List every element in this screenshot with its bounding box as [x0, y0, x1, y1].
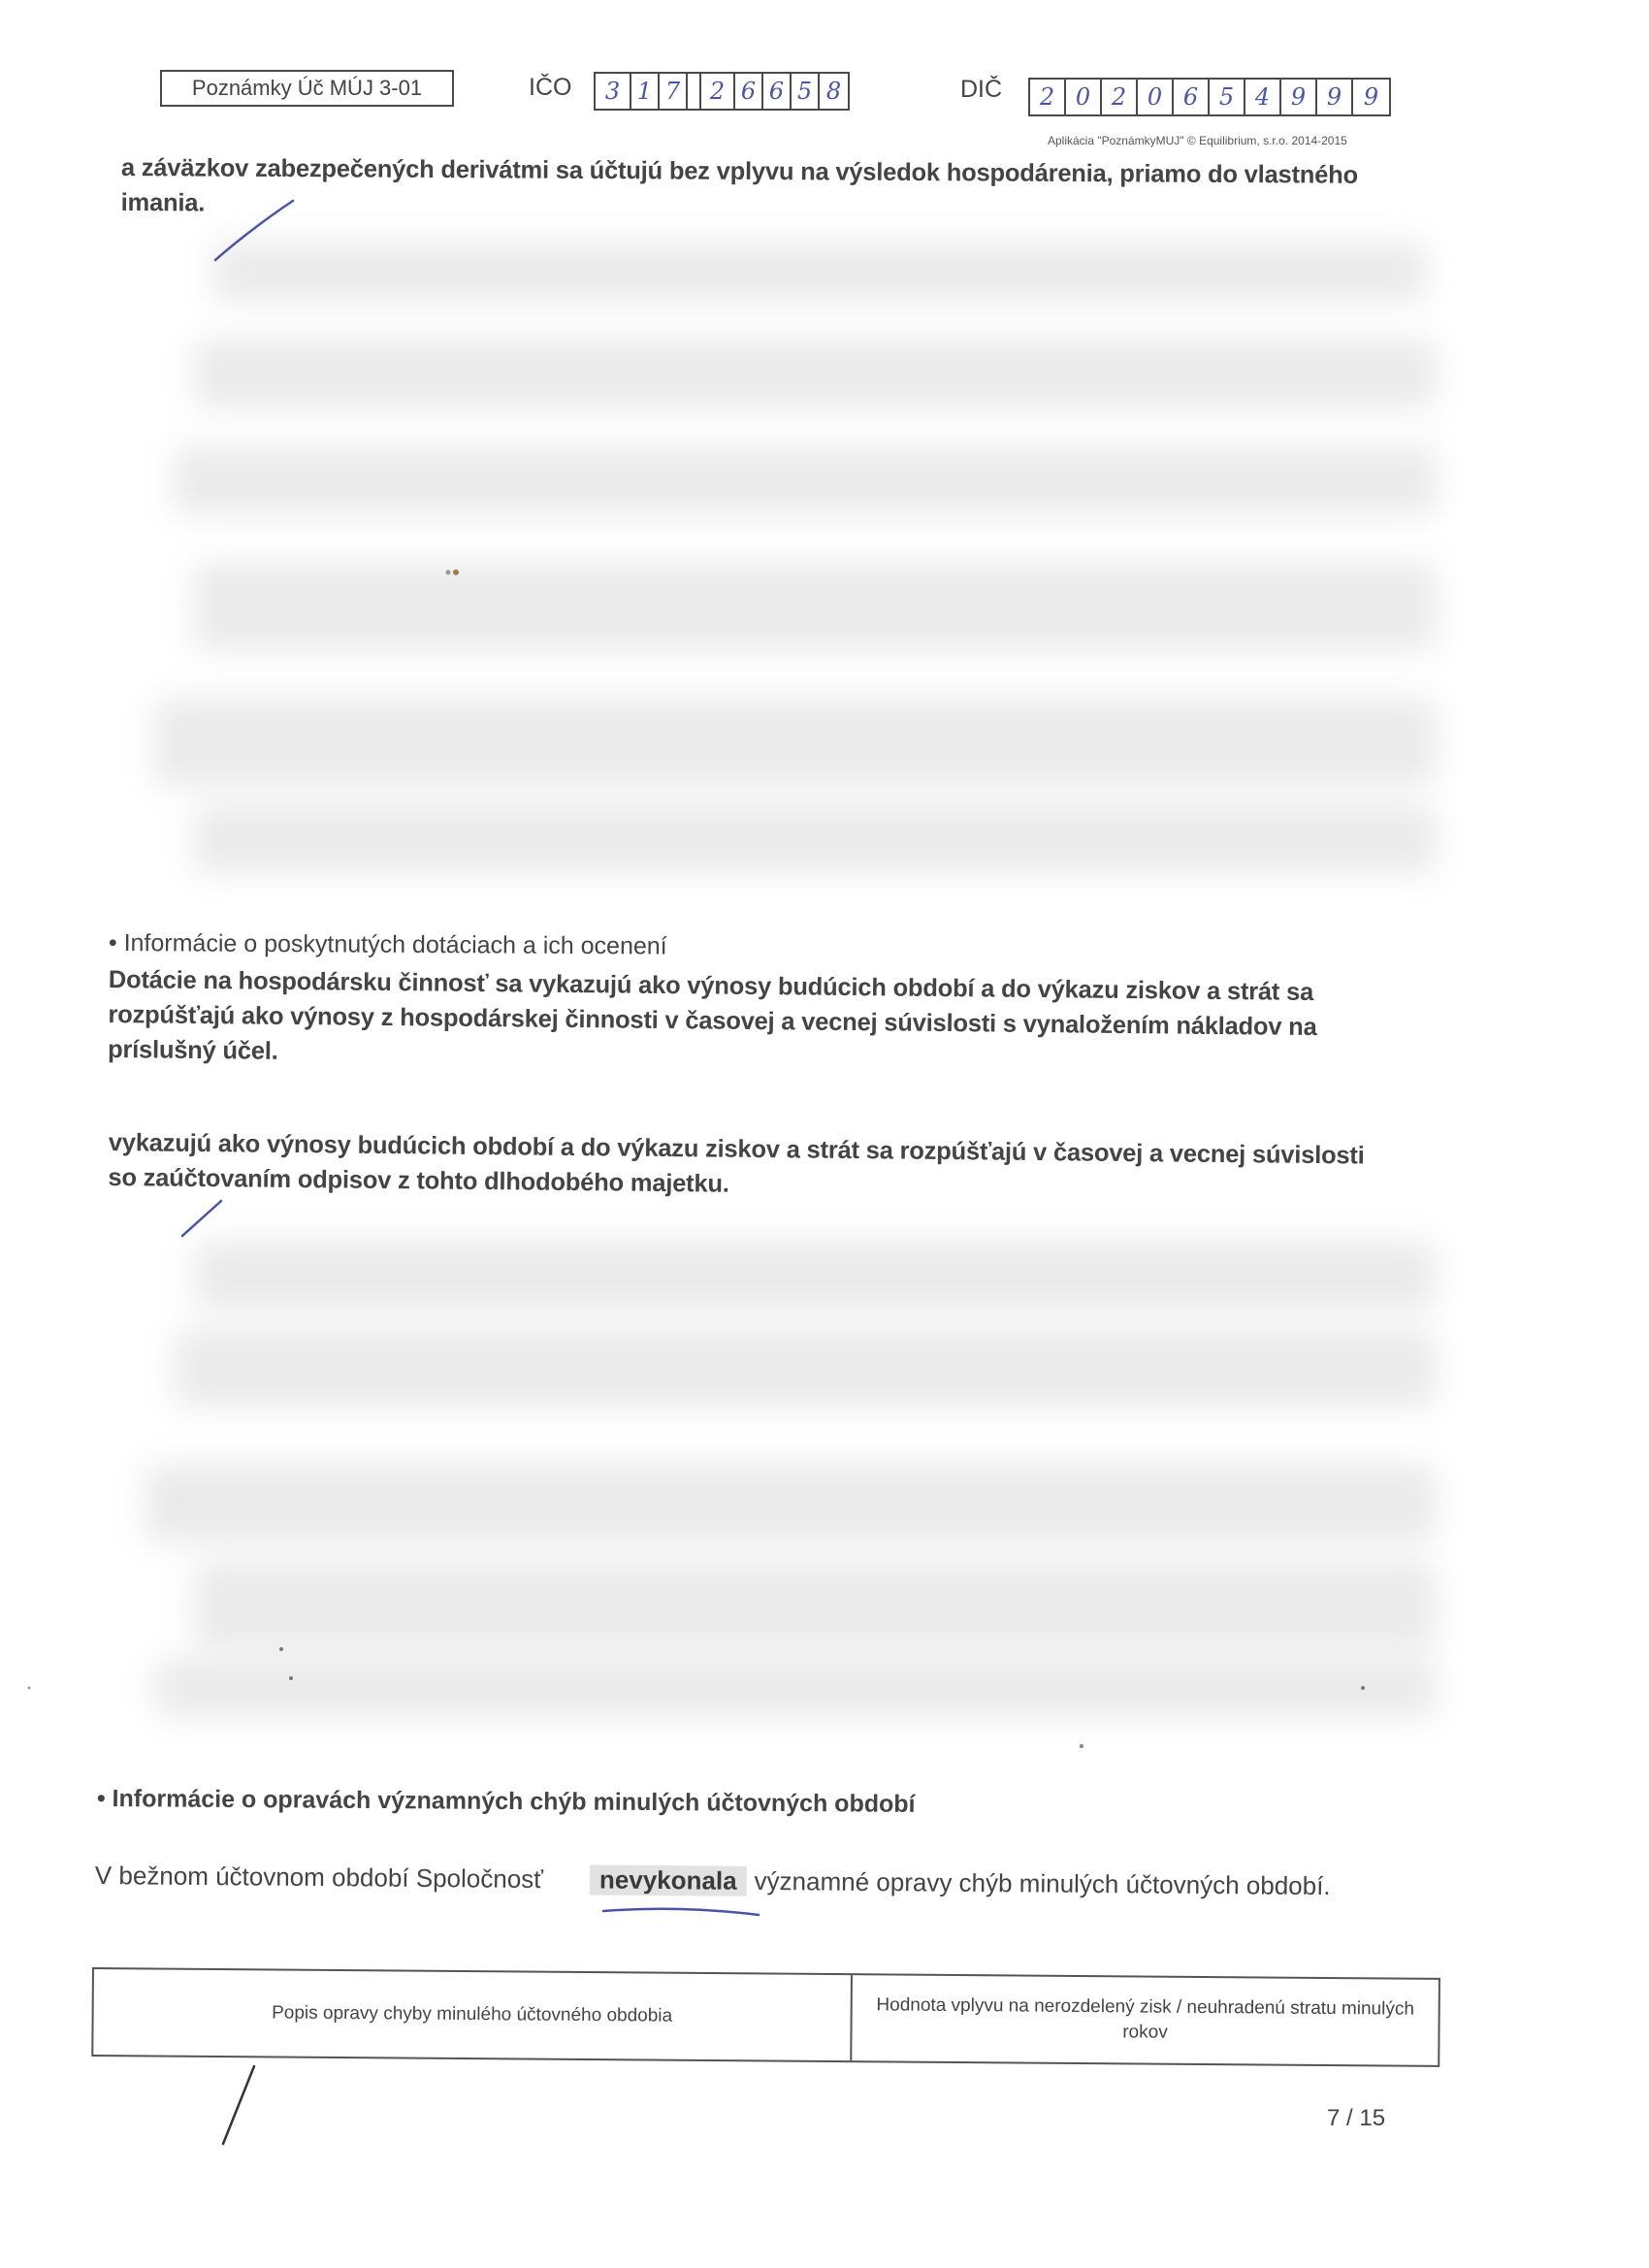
- ico-digit: 5: [792, 74, 820, 109]
- ico-field[interactable]: 3 1 7 2 6 6 5 8: [594, 72, 850, 111]
- dic-label: DIČ: [960, 76, 1002, 104]
- derivatives-paragraph: a záväzkov zabezpečených derivátmi sa úč…: [121, 150, 1411, 228]
- ico-digit: 6: [735, 74, 763, 109]
- ico-digit: 7: [660, 74, 688, 109]
- corrections-heading: • Informácie o opravách významných chýb …: [97, 1785, 916, 1819]
- ico-digit: 2: [699, 74, 735, 109]
- statement-suffix: významné opravy chýb minulých účtovných …: [755, 1866, 1331, 1900]
- column-header-description: Popis opravy chyby minulého účtovného ob…: [93, 1969, 853, 2060]
- statement-prefix: V bežnom účtovnom období Spoločnosť: [95, 1861, 543, 1894]
- dic-field[interactable]: 2 0 2 0 6 5 4 9 9 9: [1028, 78, 1391, 116]
- subsidies-heading: • Informácie o poskytnutých dotáciach a …: [109, 929, 667, 961]
- app-copyright: Aplikácia "PoznámkyMUJ" © Equilibrium, s…: [1048, 134, 1347, 147]
- dic-digit: 0: [1066, 80, 1102, 114]
- pen-stroke-icon: [223, 2066, 254, 2144]
- corrections-selection-field[interactable]: nevykonala: [590, 1864, 747, 1895]
- dic-digit: 2: [1030, 80, 1066, 114]
- dic-digit: 6: [1174, 80, 1210, 114]
- corrections-statement: V bežnom účtovnom období Spoločnosťnevyk…: [95, 1861, 1331, 1901]
- dic-digit: 9: [1353, 80, 1389, 114]
- ico-digit: 6: [763, 74, 792, 109]
- page-number: 7 / 15: [1327, 2105, 1385, 2132]
- ico-digit: 8: [820, 74, 848, 109]
- dic-digit: 2: [1102, 80, 1138, 114]
- subsidies-paragraph-1: Dotácie na hospodársku činnosť sa vykazu…: [108, 962, 1408, 1081]
- ico-digit: 3: [596, 74, 631, 109]
- column-header-impact-value: Hodnota vplyvu na nerozdelený zisk / neu…: [852, 1975, 1439, 2065]
- dic-digit: 9: [1281, 80, 1317, 114]
- pen-stroke-icon: [182, 1201, 221, 1236]
- dic-digit: 5: [1210, 80, 1245, 114]
- subsidies-paragraph-2: vykazujú ako výnosy budúcich období a do…: [108, 1125, 1408, 1209]
- form-code-label: Poznámky Úč MÚJ 3-01: [160, 70, 454, 107]
- dic-digit: 4: [1245, 80, 1281, 114]
- corrections-table: Popis opravy chyby minulého účtovného ob…: [91, 1967, 1440, 2067]
- ico-label: IČO: [529, 74, 571, 102]
- ico-digit: 1: [631, 74, 660, 109]
- dic-digit: 0: [1138, 80, 1174, 114]
- dic-digit: 9: [1317, 80, 1353, 114]
- pen-underline-icon: [603, 1909, 759, 1915]
